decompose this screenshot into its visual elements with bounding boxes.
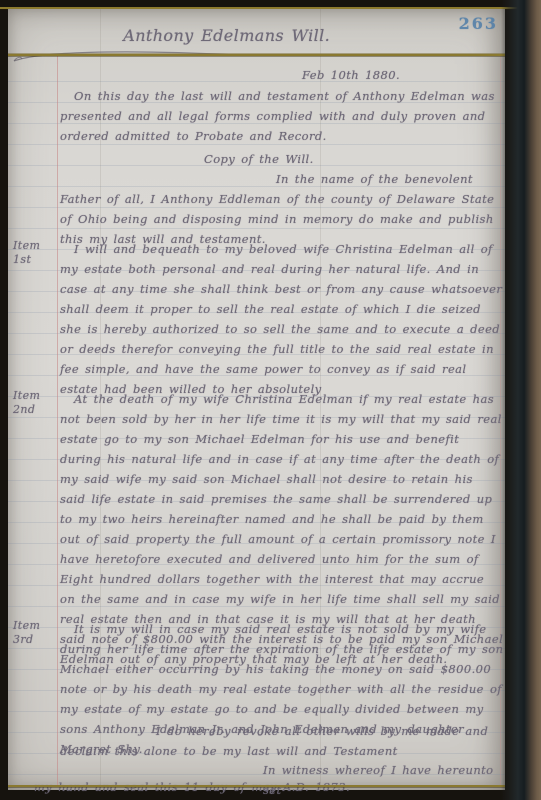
copy-of-will-heading: Copy of the Will. bbox=[204, 149, 314, 169]
probate-entry: On this day the last will and testament … bbox=[60, 86, 504, 146]
ledger-page: 263 Anthony Edelmans Will. Feb 10th 1880… bbox=[8, 9, 505, 790]
revocation-clause: I do hereby revoke all other wills by me… bbox=[60, 721, 504, 761]
item-2-label: Item 2nd bbox=[13, 389, 59, 417]
witness-clause-end: my hand and seal this 11 day of may A.D.… bbox=[34, 777, 350, 797]
will-title: Anthony Edelmans Will. bbox=[8, 26, 445, 45]
bottom-gold-rule bbox=[8, 785, 505, 787]
item-1-text: I will and bequeath to my beloved wife C… bbox=[60, 239, 504, 399]
header-gold-rule bbox=[8, 54, 505, 56]
page-number: 263 bbox=[459, 14, 498, 33]
book-binding-edge bbox=[501, 0, 541, 800]
left-margin-line bbox=[57, 55, 58, 786]
item-1-label: Item 1st bbox=[13, 239, 59, 267]
ledger-photo: 263 Anthony Edelmans Will. Feb 10th 1880… bbox=[0, 0, 541, 800]
item-3-label: Item 3rd bbox=[13, 619, 59, 647]
preamble-lead: In the name of the benevolent bbox=[276, 169, 473, 189]
record-date: Feb 10th 1880. bbox=[302, 65, 400, 85]
